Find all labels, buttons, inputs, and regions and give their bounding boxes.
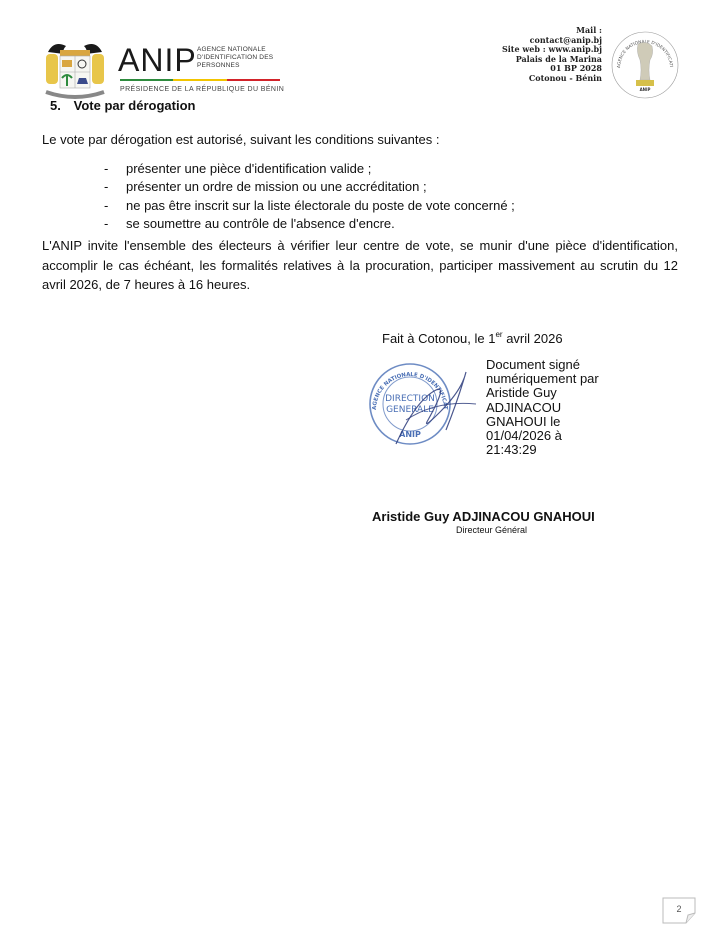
list-item: -présenter un ordre de mission ou une ac… — [104, 178, 515, 196]
flag-color-rule — [120, 79, 280, 81]
section-title: Vote par dérogation — [74, 98, 196, 113]
anip-subtitle-line: PERSONNES — [197, 62, 287, 70]
flag-green — [120, 79, 173, 81]
page-number-badge[interactable]: 2 — [662, 897, 696, 924]
digital-signature-note: Document signé numériquement par Aristid… — [486, 358, 599, 457]
signature-note-line: numériquement par — [486, 372, 599, 386]
seal-label: ANIP — [640, 87, 651, 92]
closing-paragraph: L'ANIP invite l'ensemble des électeurs à… — [42, 236, 678, 295]
condition-text: présenter une pièce d'identification val… — [126, 161, 371, 176]
bullet-dash: - — [104, 160, 108, 178]
condition-text: se soumettre au contrôle de l'absence d'… — [126, 216, 395, 231]
list-item: -présenter une pièce d'identification va… — [104, 160, 515, 178]
stamp-center-line: GENERALE — [386, 405, 434, 415]
page-number: 2 — [662, 904, 696, 914]
signature-note-line: ADJINACOU — [486, 401, 599, 415]
signature-note-line: Document signé — [486, 358, 599, 372]
section-heading: 5. Vote par dérogation — [50, 98, 195, 113]
bullet-dash: - — [104, 178, 108, 196]
place-date-sup: er — [495, 330, 502, 339]
place-date-prefix: Fait à Cotonou, le 1 — [382, 331, 495, 346]
signature-note-line: 21:43:29 — [486, 443, 599, 457]
bullet-dash: - — [104, 197, 108, 215]
section-intro: Le vote par dérogation est autorisé, sui… — [42, 132, 439, 147]
flag-yellow — [173, 79, 226, 81]
place-date: Fait à Cotonou, le 1er avril 2026 — [382, 331, 563, 346]
signature-note-line: 01/04/2026 à — [486, 429, 599, 443]
direction-generale-stamp-icon: AGENCE NATIONALE D'IDENTIFICATION DES PE… — [366, 360, 488, 450]
list-item: -se soumettre au contrôle de l'absence d… — [104, 215, 515, 233]
conditions-list: -présenter une pièce d'identification va… — [104, 160, 515, 234]
anip-subtitle-line: AGENCE NATIONALE — [197, 46, 287, 54]
condition-text: ne pas être inscrit sur la liste élector… — [126, 198, 515, 213]
anip-wordmark: ANIP — [118, 44, 197, 76]
section-number: 5. — [50, 98, 70, 113]
contact-block: Mail : contact@anip.bj Site web : www.an… — [502, 26, 602, 83]
anip-subtitle-line: D'IDENTIFICATION DES — [197, 54, 287, 62]
bullet-dash: - — [104, 215, 108, 233]
presidency-label: PRÉSIDENCE DE LA RÉPUBLIQUE DU BÉNIN — [120, 86, 284, 93]
flag-red — [227, 79, 280, 81]
signature-note-line: Aristide Guy — [486, 386, 599, 400]
signature-note-line: GNAHOUI le — [486, 415, 599, 429]
signer-name: Aristide Guy ADJINACOU GNAHOUI — [372, 509, 595, 524]
anip-subtitle: AGENCE NATIONALE D'IDENTIFICATION DES PE… — [197, 46, 287, 70]
place-date-suffix: avril 2026 — [503, 331, 563, 346]
benin-coat-of-arms-icon — [40, 38, 110, 102]
signer-title: Directeur Général — [456, 525, 527, 535]
list-item: -ne pas être inscrit sur la liste électo… — [104, 197, 515, 215]
contact-line: Cotonou - Bénin — [502, 74, 602, 84]
anip-round-seal-icon: AGENCE NATIONALE D'IDENTIFICATION DES PE… — [610, 30, 680, 100]
condition-text: présenter un ordre de mission ou une acc… — [126, 179, 427, 194]
